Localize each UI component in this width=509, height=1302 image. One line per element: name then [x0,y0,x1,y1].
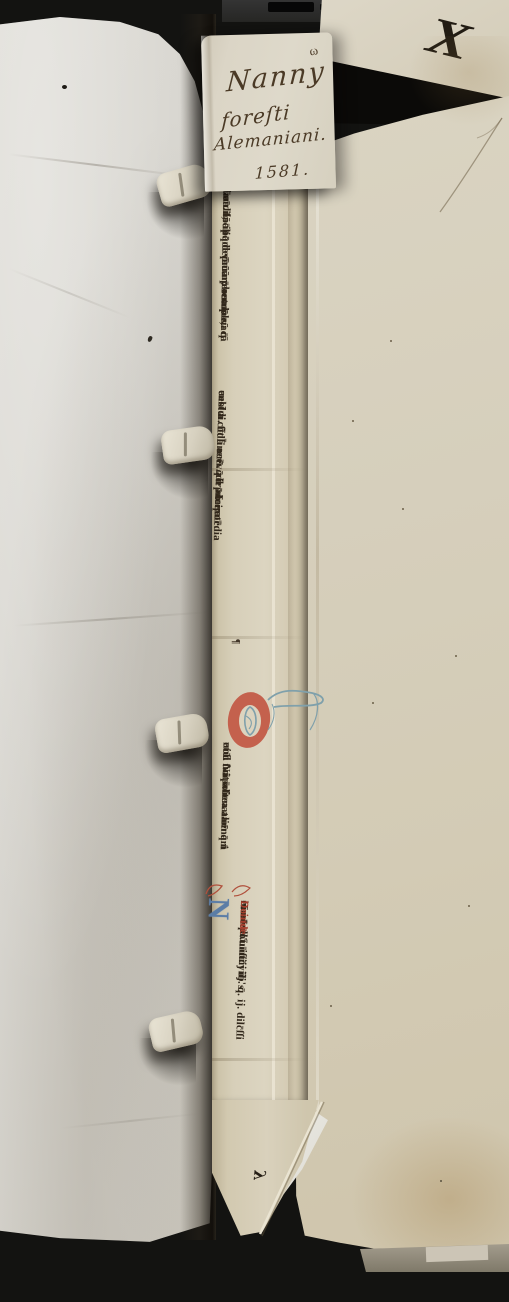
underlying-page-sliver [426,1245,488,1262]
paragraph-mark: ¶ [230,639,241,644]
strip-wrinkle [212,1058,308,1061]
speck [372,702,374,704]
speck [352,420,354,422]
right-page-crease [316,180,319,1110]
tab-notch [177,720,181,744]
ink-speck [62,85,67,89]
stain-bottom-right [352,1118,509,1258]
speck [402,508,404,510]
speck [440,1180,442,1182]
ink-tail-mark: λ [250,1169,270,1182]
gothic-line: niū. Nā ō. [218,742,234,790]
strip-wrinkle [212,468,308,471]
strip-wrinkle [212,636,308,639]
speck [390,340,392,342]
manuscript-photo: X tūa dn̄o ip̄. de p̄ma p̄benda vacā tur… [0,0,509,1302]
speck [468,905,470,907]
tab-notch [184,432,187,456]
tab-notch [171,1019,176,1043]
gothic-line: dam̄ ilāc̄ ea dem̄ū mecua p̄b; [217,186,234,326]
ownership-inscription-date: 1581. [254,159,310,182]
strip-fold-highlight [272,150,275,1102]
decorated-initial-n: N [201,897,236,920]
tab-notch [178,173,184,197]
clamp-slot [268,2,314,12]
inscription-slip: Nanny foreſti Alemaniani. 1581. ω [201,32,336,191]
strip-crease [288,150,295,1102]
ownership-inscription-line-1: Nanny [225,56,326,99]
pen-flourish-mark: ω [308,42,319,59]
rubric-text: Deinde [235,900,251,935]
pen-stroke-mark [430,112,509,224]
speck [330,1005,332,1007]
speck [455,655,457,657]
